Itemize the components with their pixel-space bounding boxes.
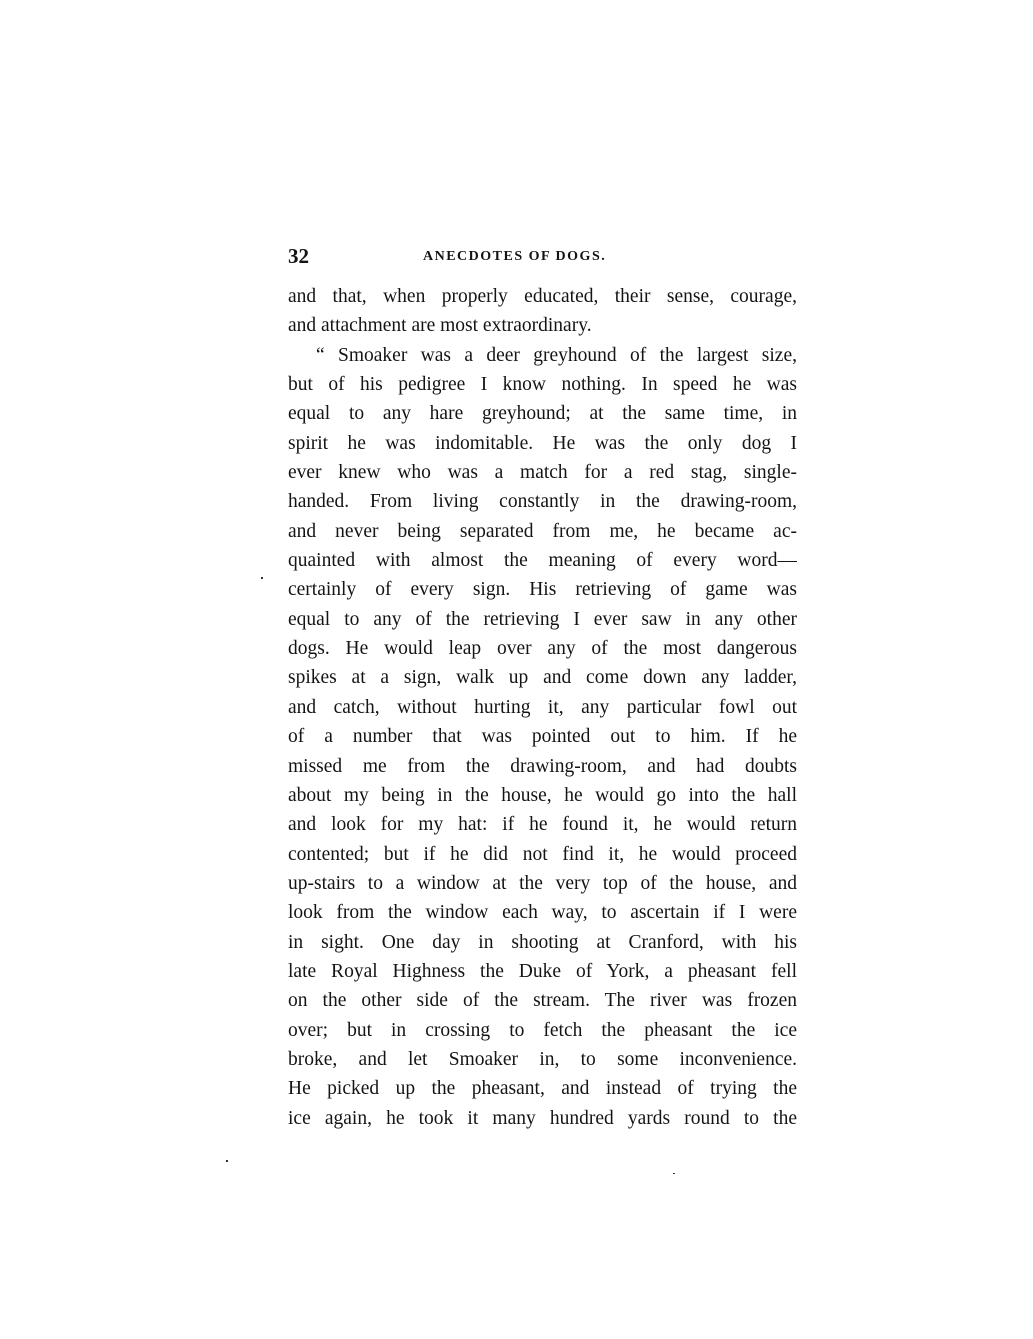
text-line: spirit he was indomitable. He was the on…: [288, 429, 797, 458]
text-line: of a number that was pointed out to him.…: [288, 722, 797, 751]
text-line: and that, when properly educated, their …: [288, 282, 797, 311]
text-line: over; but in crossing to fetch the pheas…: [288, 1016, 797, 1045]
text-line: up-stairs to a window at the very top of…: [288, 869, 797, 898]
text-line: about my being in the house, he would go…: [288, 781, 797, 810]
text-line: late Royal Highness the Duke of York, a …: [288, 957, 797, 986]
text-line: and catch, without hurting it, any parti…: [288, 693, 797, 722]
text-line: look from the window each way, to ascert…: [288, 898, 797, 927]
text-line: and look for my hat: if he found it, he …: [288, 810, 797, 839]
text-line: contented; but if he did not find it, he…: [288, 840, 797, 869]
scan-speck: [673, 1173, 675, 1174]
text-line: certainly of every sign. His retrieving …: [288, 575, 797, 604]
text-line: dogs. He would leap over any of the most…: [288, 634, 797, 663]
text-line: missed me from the drawing-room, and had…: [288, 752, 797, 781]
text-line: quainted with almost the meaning of ever…: [288, 546, 797, 575]
text-line: in sight. One day in shooting at Cranfor…: [288, 928, 797, 957]
text-line: on the other side of the stream. The riv…: [288, 986, 797, 1015]
body-text: and that, when properly educated, their …: [288, 282, 797, 1133]
page-number: 32: [288, 244, 309, 268]
text-line: handed. From living constantly in the dr…: [288, 487, 797, 516]
text-line: and attachment are most extraordinary.: [288, 311, 797, 340]
text-line: spikes at a sign, walk up and come down …: [288, 663, 797, 692]
running-title: ANECDOTES OF DOGS.: [423, 246, 606, 268]
text-line: broke, and let Smoaker in, to some incon…: [288, 1045, 797, 1074]
book-page: 32 ANECDOTES OF DOGS. and that, when pro…: [0, 0, 1033, 1339]
text-line: but of his pedigree I know nothing. In s…: [288, 370, 797, 399]
scan-speck: [226, 1160, 228, 1162]
text-line: ice again, he took it many hundred yards…: [288, 1104, 797, 1133]
text-line: equal to any of the retrieving I ever sa…: [288, 605, 797, 634]
text-line: ever knew who was a match for a red stag…: [288, 458, 797, 487]
scan-speck: [261, 577, 263, 579]
text-line: “ Smoaker was a deer greyhound of the la…: [288, 341, 797, 370]
running-header: 32 ANECDOTES OF DOGS.: [288, 244, 798, 268]
text-line: equal to any hare greyhound; at the same…: [288, 399, 797, 428]
text-line: and never being separated from me, he be…: [288, 517, 797, 546]
text-line: He picked up the pheasant, and instead o…: [288, 1074, 797, 1103]
